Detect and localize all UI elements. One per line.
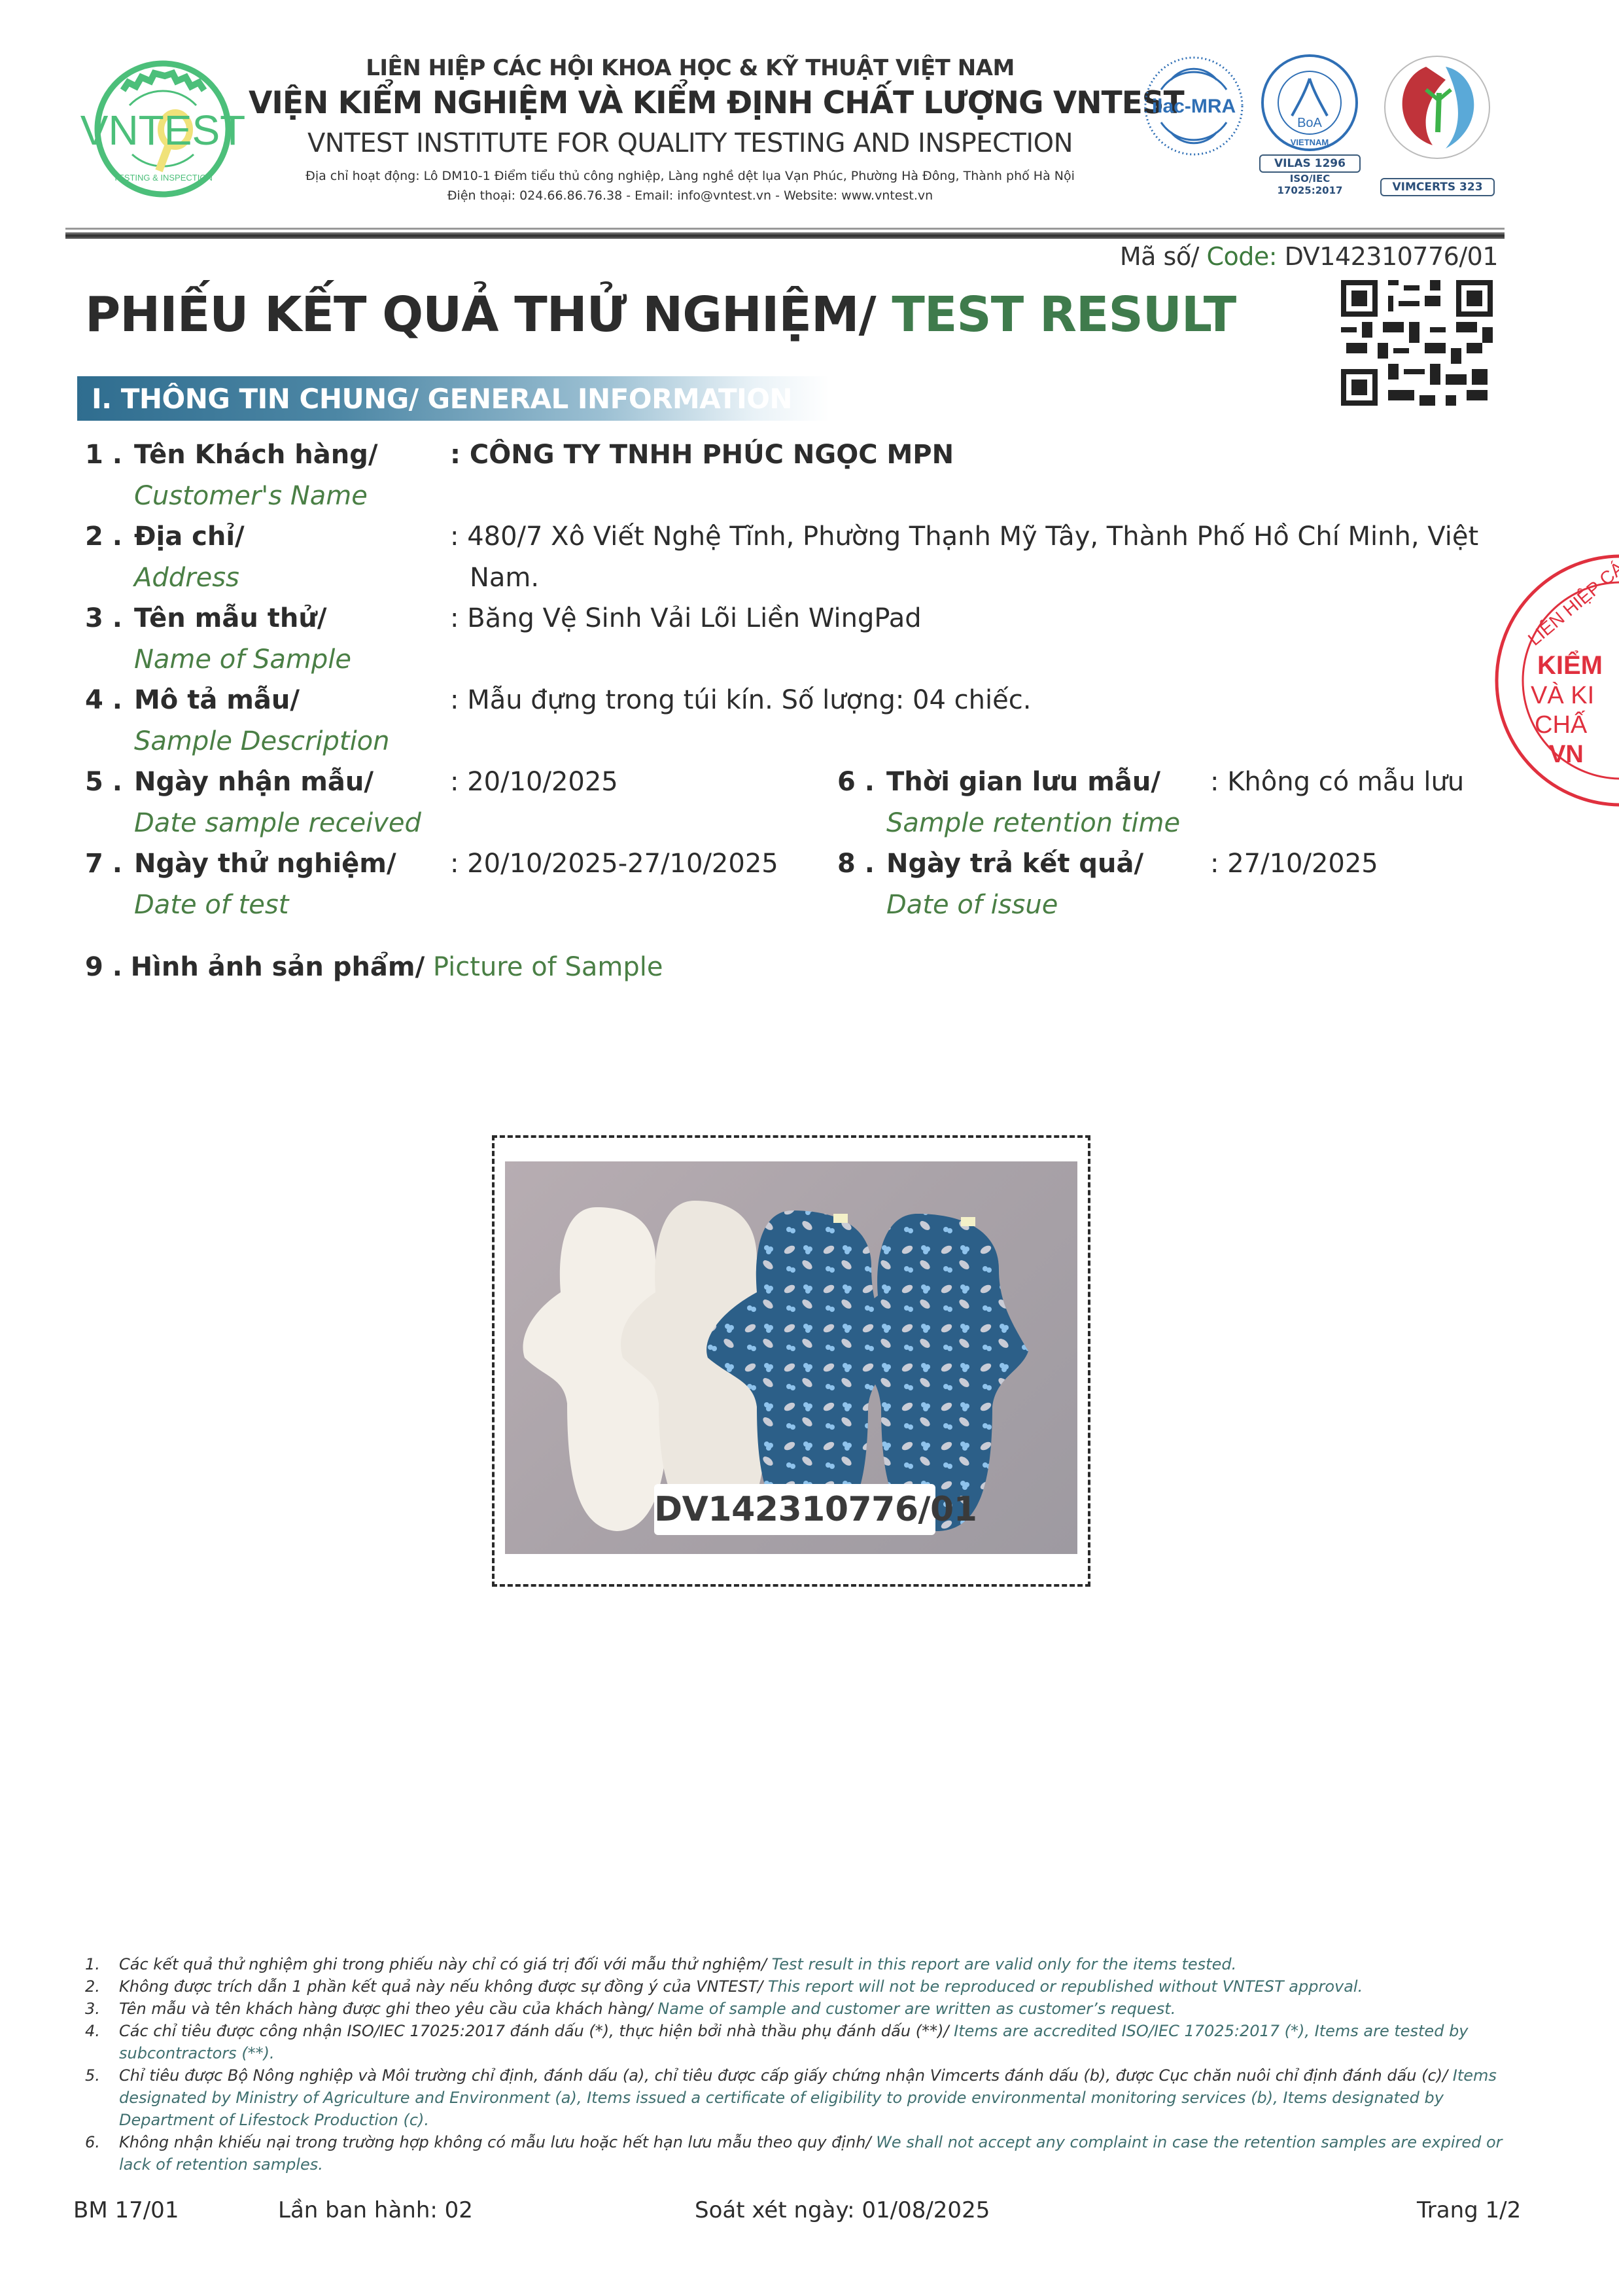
field-number: 1 . <box>85 440 122 470</box>
note-item: 1. Các kết quả thử nghiệm ghi trong phiế… <box>85 1953 1524 1975</box>
vimcerts-icon <box>1380 54 1495 165</box>
field-label-date-received-en: Date sample received <box>134 808 421 838</box>
svg-text:TESTING & INSPECTION: TESTING & INSPECTION <box>113 173 213 183</box>
svg-text:ilac-MRA: ilac-MRA <box>1152 96 1236 117</box>
field-label-date-received: Ngày nhận mẫu/ <box>134 767 374 797</box>
svg-text:KIỂM: KIỂM <box>1537 649 1603 680</box>
svg-text:VÀ KI: VÀ KI <box>1531 681 1594 709</box>
ilac-mra-icon: ilac-MRA <box>1141 54 1246 158</box>
section-title: I. THÔNG TIN CHUNG/ GENERAL INFORMATION <box>92 383 792 415</box>
picture-label-vi: Hình ảnh sản phẩm/ <box>131 952 425 982</box>
customer-name-value: : CÔNG TY TNHH PHÚC NGỌC MPN <box>450 440 954 470</box>
red-seal-stamp-icon: LIÊN HIỆP CÁC HỘI KHOA KIỂM VÀ KI CHẤ VN <box>1484 550 1619 811</box>
retention-time-value: : Không có mẫu lưu <box>1210 767 1464 797</box>
parent-organization: LIÊN HIỆP CÁC HỘI KHOA HỌC & KỸ THUẬT VI… <box>249 55 1132 81</box>
field-number: 7 . <box>85 849 122 879</box>
field-label-issue-date: Ngày trả kết quả/ <box>886 849 1143 879</box>
note-item: 5. Chỉ tiêu được Bộ Nông nghiệp và Môi t… <box>85 2064 1524 2131</box>
iso-note: ISO/IEC 17025:2017 <box>1259 173 1361 196</box>
title-en: TEST RESULT <box>876 287 1236 343</box>
page-number: Trang 1/2 <box>1417 2197 1521 2223</box>
field-label-sample-description-en: Sample Description <box>134 726 390 756</box>
svg-text:VNTEST: VNTEST <box>80 107 245 154</box>
code-label-vi: Mã số/ <box>1120 242 1199 271</box>
svg-text:BoA: BoA <box>1297 116 1322 130</box>
code-value: DV142310776/01 <box>1285 242 1498 271</box>
section-header-general-information: I. THÔNG TIN CHUNG/ GENERAL INFORMATION <box>77 376 829 421</box>
field-number: 2 . <box>85 521 122 552</box>
review-date: Soát xét ngày: 01/08/2025 <box>695 2197 990 2223</box>
vntest-logo-icon: VNTEST TESTING & INSPECTION <box>77 56 249 202</box>
field-label-customer-name: Tên Khách hàng/ <box>134 440 377 470</box>
boa-accreditation-badge: BoA VIETNAM VILAS 1296 ISO/IEC 17025:201… <box>1259 54 1361 185</box>
issue-date-value: : 27/10/2025 <box>1210 849 1378 879</box>
disclaimer-notes: 1. Các kết quả thử nghiệm ghi trong phiế… <box>85 1953 1524 2176</box>
vilas-badge: VILAS 1296 <box>1259 154 1361 173</box>
test-date-value: : 20/10/2025-27/10/2025 <box>450 849 778 879</box>
svg-text:VN: VN <box>1549 741 1584 768</box>
form-code: BM 17/01 <box>73 2197 179 2223</box>
sample-code-label: DV142310776/01 <box>654 1484 935 1535</box>
boa-accreditation-icon: BoA VIETNAM <box>1259 54 1361 152</box>
field-number: 8 . <box>837 849 875 879</box>
header-divider <box>65 232 1505 239</box>
vimcerts-badge: VIMCERTS 323 <box>1380 54 1495 188</box>
svg-text:VIETNAM: VIETNAM <box>1291 137 1329 147</box>
field-label-address: Địa chỉ/ <box>134 521 245 552</box>
field-number: 6 . <box>837 767 875 797</box>
field-label-sample-description: Mô tả mẫu/ <box>134 685 300 715</box>
field-number: 4 . <box>85 685 122 715</box>
note-item: 2. Không được trích dẫn 1 phần kết quả n… <box>85 1975 1524 1998</box>
vimcerts-box: VIMCERTS 323 <box>1380 178 1495 196</box>
date-received-value: : 20/10/2025 <box>450 767 618 797</box>
field-number: 9 . <box>85 952 122 982</box>
field-label-retention-time: Thời gian lưu mẫu/ <box>886 767 1160 797</box>
field-label-test-date: Ngày thử nghiệm/ <box>134 849 396 879</box>
code-label-en: Code: <box>1199 242 1277 271</box>
field-label-sample-name-en: Name of Sample <box>134 645 351 675</box>
report-code: Mã số/ Code: DV142310776/01 <box>981 242 1498 271</box>
page-title: PHIẾU KẾT QUẢ THỬ NGHIỆM/ TEST RESULT <box>85 287 1236 343</box>
picture-label-en: Picture of Sample <box>425 952 663 982</box>
field-label-retention-time-en: Sample retention time <box>886 808 1180 838</box>
organization-name-en: VNTEST INSTITUTE FOR QUALITY TESTING AND… <box>249 128 1132 158</box>
picture-of-sample-heading: 9 . Hình ảnh sản phẩm/ Picture of Sample <box>85 952 663 982</box>
sample-name-value: : Băng Vệ Sinh Vải Lõi Liền WingPad <box>450 603 922 633</box>
field-number: 5 . <box>85 767 122 797</box>
address-value: : 480/7 Xô Viết Nghệ Tĩnh, Phường Thạnh … <box>450 521 1478 552</box>
sample-description-value: : Mẫu đựng trong túi kín. Số lượng: 04 c… <box>450 685 1031 715</box>
title-vi: PHIẾU KẾT QUẢ THỬ NGHIỆM/ <box>85 287 876 343</box>
header-divider-thin <box>65 228 1505 230</box>
organization-address: Địa chỉ hoạt động: Lô DM10-1 Điểm tiểu t… <box>249 169 1132 183</box>
organization-contact: Điện thoại: 024.66.86.76.38 - Email: inf… <box>249 188 1132 203</box>
field-number: 3 . <box>85 603 122 633</box>
svg-text:CHẤ: CHẤ <box>1535 710 1588 739</box>
field-label-test-date-en: Date of test <box>134 890 288 920</box>
field-label-address-en: Address <box>134 563 239 593</box>
qr-code-icon[interactable] <box>1341 280 1493 406</box>
field-label-sample-name: Tên mẫu thử/ <box>134 603 326 633</box>
note-item: 4. Các chỉ tiêu được công nhận ISO/IEC 1… <box>85 2020 1524 2064</box>
note-item: 3. Tên mẫu và tên khách hàng được ghi th… <box>85 1998 1524 2020</box>
edition: Lần ban hành: 02 <box>278 2197 473 2223</box>
field-label-customer-name-en: Customer's Name <box>134 481 368 511</box>
note-item: 6. Không nhận khiếu nại trong trường hợp… <box>85 2131 1524 2176</box>
svg-text:LIÊN HIỆP CÁC HỘI KHOA: LIÊN HIỆP CÁC HỘI KHOA <box>1524 550 1619 650</box>
address-value-cont: Nam. <box>470 563 539 593</box>
organization-name-vi: VIỆN KIỂM NGHIỆM VÀ KIỂM ĐỊNH CHẤT LƯỢNG… <box>249 85 1132 121</box>
field-label-issue-date-en: Date of issue <box>886 890 1058 920</box>
